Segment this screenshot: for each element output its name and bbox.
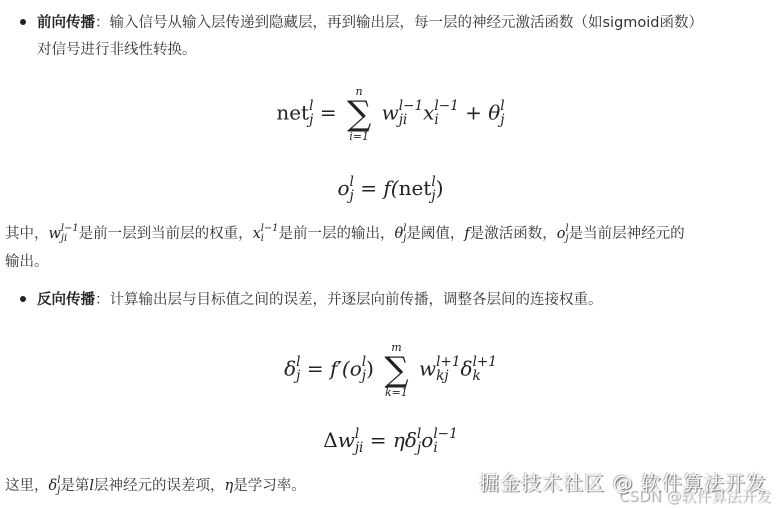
explain-forward-line2: 输出。 bbox=[5, 250, 49, 271]
explain-backward: 这里，δlj是第l层神经元的误差项，η是学习率。 bbox=[5, 474, 306, 496]
formula-net-input: netlj = n∑i=1 wl−1jixl−1i + θlj bbox=[0, 86, 781, 142]
forward-line2: 对信号进行非线性转换。 bbox=[37, 38, 197, 59]
bullet-icon bbox=[20, 296, 26, 302]
juejin-watermark: 掘金技术社区 @ 软件算法开发 bbox=[479, 467, 767, 496]
forward-line1: 前向传播：输入信号从输入层传递到隐藏层，再到输出层，每一层的神经元激活函数（如s… bbox=[37, 11, 703, 32]
formula-weight-update: Δwlji = ηδljol−1i bbox=[0, 428, 781, 455]
backward-line1: 反向传播：计算输出层与目标值之间的误差，并逐层向前传播，调整各层间的连接权重。 bbox=[37, 288, 603, 309]
formula-output: olj = f(netlj) bbox=[0, 176, 781, 203]
forward-title: 前向传播 bbox=[37, 15, 95, 31]
backward-title: 反向传播 bbox=[37, 292, 95, 308]
summation-symbol: n∑i=1 bbox=[347, 86, 371, 142]
bullet-icon bbox=[20, 19, 26, 25]
summation-symbol: m∑k=1 bbox=[384, 342, 408, 398]
formula-error-term: δlj = f′(olj) m∑k=1 wl+1kjδl+1k bbox=[0, 342, 781, 398]
explain-forward-line1: 其中，wl−1ji是前一层到当前层的权重，xl−1i是前一层的输出，θlj是阈值… bbox=[5, 222, 685, 244]
backward-desc: 计算输出层与目标值之间的误差，并逐层向前传播，调整各层间的连接权重。 bbox=[110, 292, 603, 308]
forward-desc: 输入信号从输入层传递到隐藏层，再到输出层，每一层的神经元激活函数（如sigmoi… bbox=[110, 15, 704, 31]
